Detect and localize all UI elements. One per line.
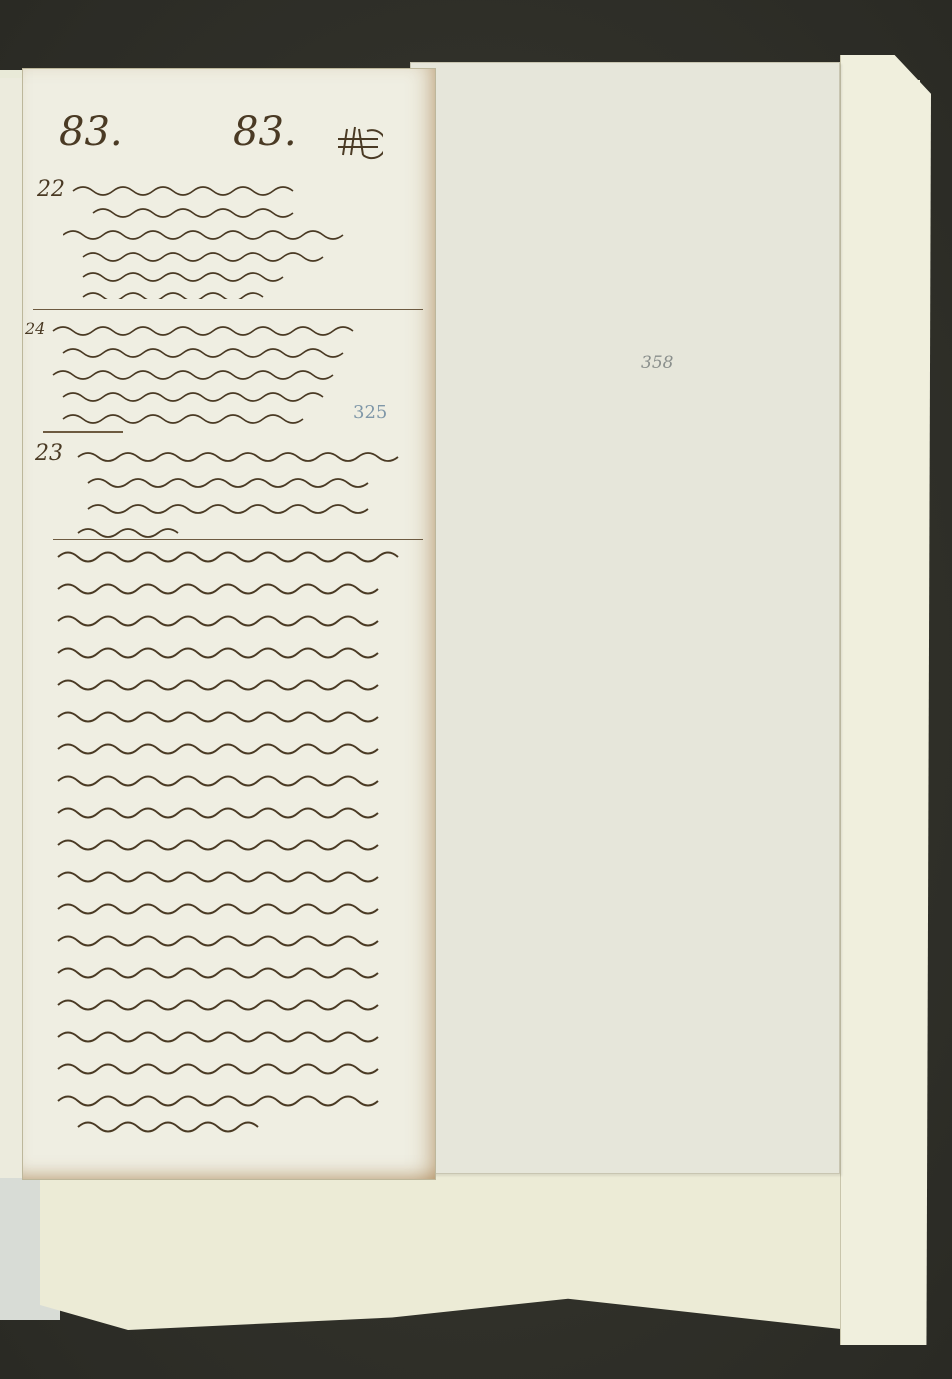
handwriting-block-4 bbox=[53, 543, 423, 1133]
page-number-right: 83. bbox=[233, 109, 297, 155]
handwritten-notes-page: 83. 83. 22 24 325 23 bbox=[22, 68, 436, 1180]
handwriting-block-1 bbox=[63, 169, 423, 299]
entry-date: 22 bbox=[37, 177, 65, 202]
folio-number: 358 bbox=[641, 353, 673, 373]
backing-sheet-edge bbox=[840, 55, 931, 1345]
margin-number: 325 bbox=[353, 402, 387, 423]
short-divider bbox=[43, 431, 123, 433]
handwriting-block-3 bbox=[73, 439, 413, 539]
blank-folio-page: 358 bbox=[410, 62, 840, 1174]
divider-line bbox=[33, 309, 423, 310]
previous-page-sliver bbox=[0, 78, 23, 1178]
page-number-left: 83. bbox=[59, 109, 123, 155]
monogram-mark bbox=[333, 121, 383, 161]
entry-date: 23 bbox=[35, 441, 63, 466]
divider-line bbox=[53, 539, 423, 540]
